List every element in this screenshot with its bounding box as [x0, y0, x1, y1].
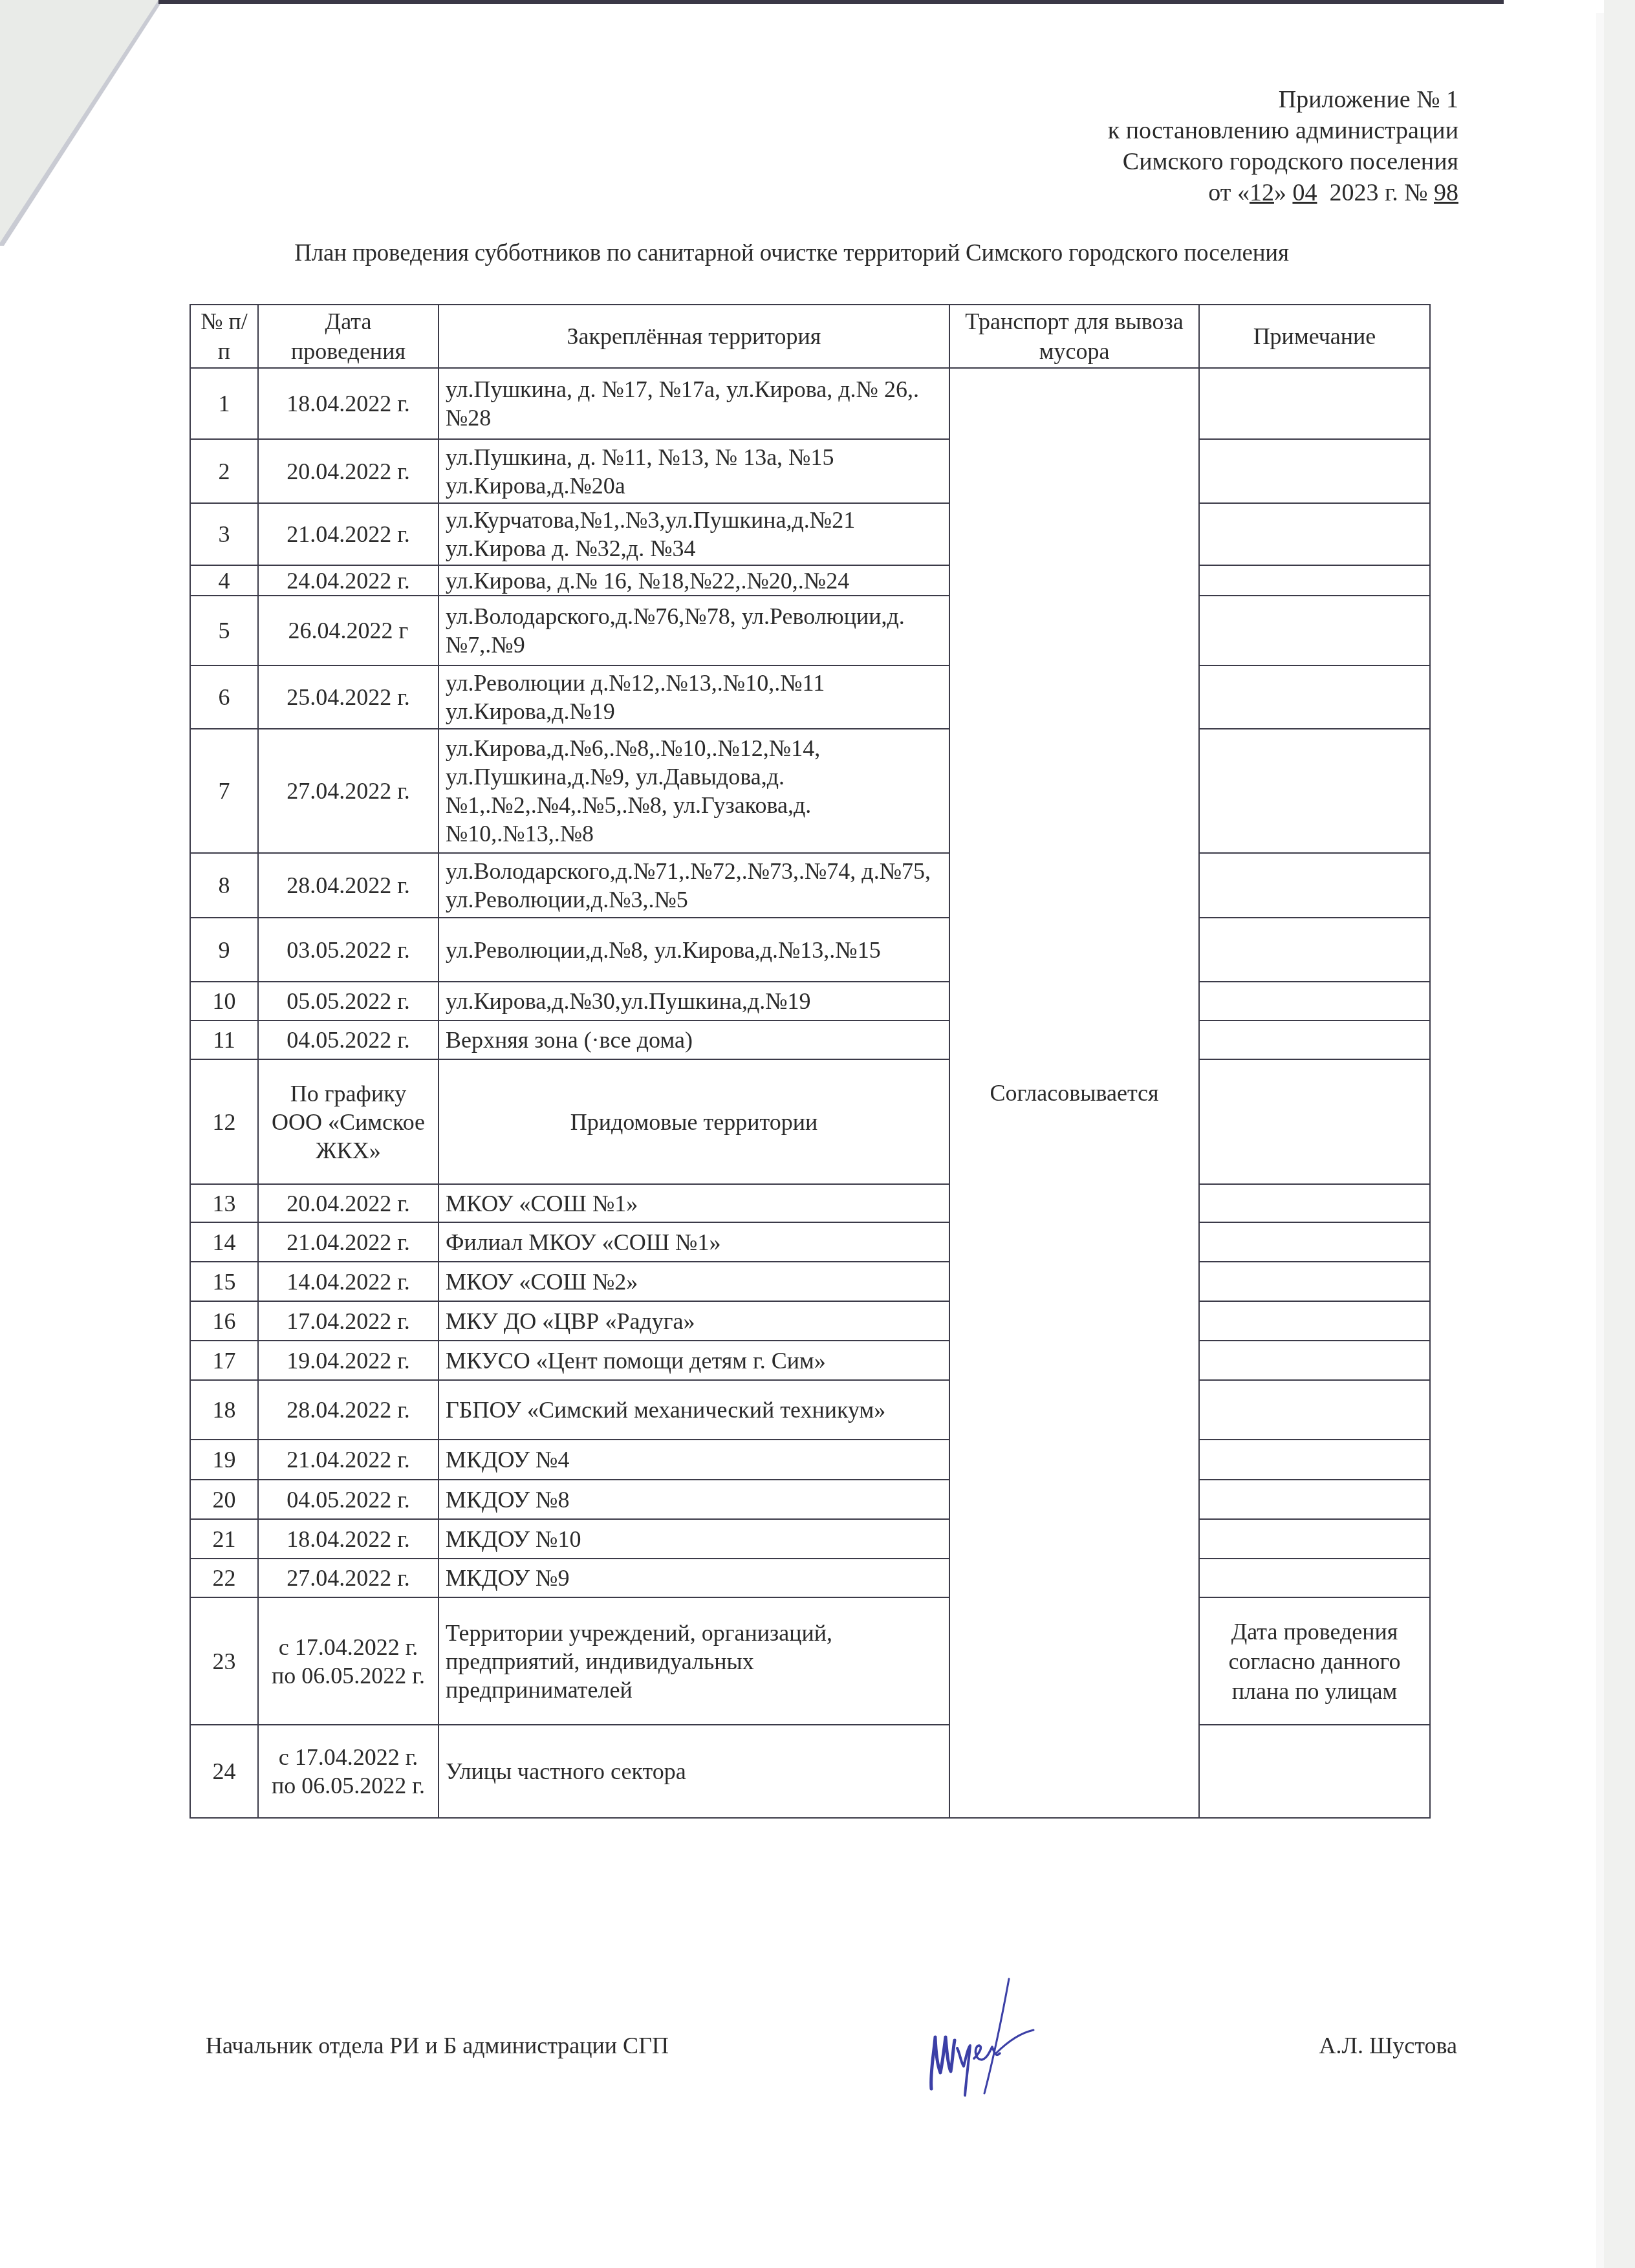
table-row: 220.04.2022 г.ул.Пушкина, д. №11, №13, №…	[190, 439, 1430, 503]
row-note	[1199, 729, 1430, 853]
table-row: 625.04.2022 г.ул.Революции д.№12,.№13,.№…	[190, 665, 1430, 729]
date-prefix: от «	[1208, 179, 1250, 206]
row-note	[1199, 1184, 1430, 1222]
row-note	[1199, 853, 1430, 918]
row-date: 21.04.2022 г.	[258, 1440, 439, 1480]
header-date: Дата проведения	[258, 305, 439, 368]
row-territory: ул.Кирова, д.№ 16, №18,№22,.№20,.№24	[439, 565, 949, 596]
row-territory: МКУСО «Цент помощи детям г. Сим»	[439, 1341, 949, 1380]
row-date: 26.04.2022 г	[258, 596, 439, 665]
row-number: 14	[190, 1222, 258, 1262]
signatory-name: А.Л. Шустова	[1319, 2032, 1457, 2059]
row-note	[1199, 1480, 1430, 1519]
row-number: 22	[190, 1559, 258, 1597]
scan-right-margin	[1604, 0, 1635, 2268]
row-number: 19	[190, 1440, 258, 1480]
table-body: 118.04.2022 г.ул.Пушкина, д. №17, №17а, …	[190, 368, 1430, 1818]
table-row: 23с 17.04.2022 г. по 06.05.2022 г.Террит…	[190, 1597, 1430, 1725]
table-row: 1921.04.2022 г.МКДОУ №4	[190, 1440, 1430, 1480]
row-note	[1199, 503, 1430, 565]
row-territory: Верхняя зона (·все дома)	[439, 1021, 949, 1059]
row-number: 2	[190, 439, 258, 503]
table-header-row: № п/п Дата проведения Закреплённая терри…	[190, 305, 1430, 368]
row-number: 3	[190, 503, 258, 565]
header-transport: Транспорт для вывоза мусора	[949, 305, 1199, 368]
row-number: 13	[190, 1184, 258, 1222]
row-date: 24.04.2022 г.	[258, 565, 439, 596]
row-territory: МКДОУ №10	[439, 1519, 949, 1559]
row-number: 11	[190, 1021, 258, 1059]
row-note	[1199, 439, 1430, 503]
row-date: 18.04.2022 г.	[258, 1519, 439, 1559]
annex-line-3: Симского городского поселения	[1108, 146, 1458, 177]
annex-day: 12	[1250, 179, 1274, 206]
row-date: 28.04.2022 г.	[258, 1380, 439, 1440]
row-territory: МКДОУ №8	[439, 1480, 949, 1519]
annex-year: 2023 г. №	[1317, 179, 1434, 206]
row-territory: ул.Курчатова,№1,.№3,ул.Пушкина,д.№21 ул.…	[439, 503, 949, 565]
table-row: 24с 17.04.2022 г. по 06.05.2022 г.Улицы …	[190, 1725, 1430, 1818]
row-territory: ул.Революции,д.№8, ул.Кирова,д.№13,.№15	[439, 918, 949, 982]
row-number: 18	[190, 1380, 258, 1440]
row-territory: ул.Кирова,д.№30,ул.Пушкина,д.№19	[439, 982, 949, 1021]
table-row: 1719.04.2022 г.МКУСО «Цент помощи детям …	[190, 1341, 1430, 1380]
row-date: 14.04.2022 г.	[258, 1262, 439, 1301]
row-number: 6	[190, 665, 258, 729]
cleanup-plan-table: № п/п Дата проведения Закреплённая терри…	[189, 304, 1431, 1819]
annex-header: Приложение № 1 к постановлению администр…	[1108, 84, 1458, 208]
row-territory: ул.Пушкина, д. №17, №17а, ул.Кирова, д.№…	[439, 368, 949, 439]
row-date: 18.04.2022 г.	[258, 368, 439, 439]
row-number: 20	[190, 1480, 258, 1519]
table-row: 903.05.2022 г.ул.Революции,д.№8, ул.Киро…	[190, 918, 1430, 982]
row-number: 8	[190, 853, 258, 918]
row-date: 03.05.2022 г.	[258, 918, 439, 982]
row-number: 9	[190, 918, 258, 982]
transport-cell: Согласовывается	[949, 368, 1199, 1818]
annex-month: 04	[1292, 179, 1317, 206]
row-territory: ул.Володарского,д.№71,.№72,.№73,.№74, д.…	[439, 853, 949, 918]
header-num: № п/п	[190, 305, 258, 368]
row-number: 1	[190, 368, 258, 439]
date-mid: »	[1274, 179, 1293, 206]
row-date: 17.04.2022 г.	[258, 1301, 439, 1341]
row-territory: ул.Пушкина, д. №11, №13, № 13а, №15 ул.К…	[439, 439, 949, 503]
row-note	[1199, 1559, 1430, 1597]
row-territory: Территории учреждений, организаций, пред…	[439, 1597, 949, 1725]
row-number: 5	[190, 596, 258, 665]
row-territory: МКОУ «СОШ №2»	[439, 1262, 949, 1301]
row-note	[1199, 1519, 1430, 1559]
row-note	[1199, 565, 1430, 596]
row-territory: МКУ ДО «ЦВР «Радуга»	[439, 1301, 949, 1341]
table-row: 727.04.2022 г.ул.Кирова,д.№6,.№8,.№10,.№…	[190, 729, 1430, 853]
document-title: План проведения субботников по санитарно…	[0, 239, 1635, 267]
row-date: с 17.04.2022 г. по 06.05.2022 г.	[258, 1597, 439, 1725]
signatory-position: Начальник отдела РИ и Б администрации СГ…	[206, 2032, 669, 2059]
table-row: 526.04.2022 гул.Володарского,д.№76,№78, …	[190, 596, 1430, 665]
row-date: 21.04.2022 г.	[258, 503, 439, 565]
row-number: 4	[190, 565, 258, 596]
row-note: Дата проведения согласно данного плана п…	[1199, 1597, 1430, 1725]
row-territory: ул.Кирова,д.№6,.№8,.№10,.№12,№14, ул.Пуш…	[439, 729, 949, 853]
table-row: 424.04.2022 г.ул.Кирова, д.№ 16, №18,№22…	[190, 565, 1430, 596]
row-territory: ГБПОУ «Симский механический техникум»	[439, 1380, 949, 1440]
row-number: 16	[190, 1301, 258, 1341]
row-territory: МКДОУ №9	[439, 1559, 949, 1597]
row-number: 7	[190, 729, 258, 853]
header-note: Примечание	[1199, 305, 1430, 368]
row-territory: МКДОУ №4	[439, 1440, 949, 1480]
row-note	[1199, 368, 1430, 439]
row-date: 20.04.2022 г.	[258, 1184, 439, 1222]
row-territory: ул.Володарского,д.№76,№78, ул.Революции,…	[439, 596, 949, 665]
row-number: 15	[190, 1262, 258, 1301]
table-row: 1421.04.2022 г.Филиал МКОУ «СОШ №1»	[190, 1222, 1430, 1262]
table-row: 321.04.2022 г.ул.Курчатова,№1,.№3,ул.Пуш…	[190, 503, 1430, 565]
row-number: 23	[190, 1597, 258, 1725]
row-date: 27.04.2022 г.	[258, 729, 439, 853]
table-row: 2004.05.2022 г.МКДОУ №8	[190, 1480, 1430, 1519]
row-date: 28.04.2022 г.	[258, 853, 439, 918]
row-date: с 17.04.2022 г. по 06.05.2022 г.	[258, 1725, 439, 1818]
annex-date-line: от «12» 04 2023 г. № 98	[1108, 177, 1458, 208]
row-territory: МКОУ «СОШ №1»	[439, 1184, 949, 1222]
row-note	[1199, 1301, 1430, 1341]
table-row: 2227.04.2022 г.МКДОУ №9	[190, 1559, 1430, 1597]
table-row: 828.04.2022 г.ул.Володарского,д.№71,.№72…	[190, 853, 1430, 918]
row-date: 27.04.2022 г.	[258, 1559, 439, 1597]
row-note	[1199, 918, 1430, 982]
row-number: 10	[190, 982, 258, 1021]
row-date: 04.05.2022 г.	[258, 1021, 439, 1059]
table-row: 1005.05.2022 г.ул.Кирова,д.№30,ул.Пушкин…	[190, 982, 1430, 1021]
table-row: 1104.05.2022 г.Верхняя зона (·все дома)	[190, 1021, 1430, 1059]
row-note	[1199, 1725, 1430, 1818]
table-row: 1617.04.2022 г.МКУ ДО «ЦВР «Радуга»	[190, 1301, 1430, 1341]
annex-line-1: Приложение № 1	[1108, 84, 1458, 115]
row-note	[1199, 665, 1430, 729]
row-date: По графику ООО «Симское ЖКХ»	[258, 1059, 439, 1184]
row-number: 17	[190, 1341, 258, 1380]
row-note	[1199, 982, 1430, 1021]
table-row: 12По графику ООО «Симское ЖКХ»Придомовые…	[190, 1059, 1430, 1184]
table-row: 118.04.2022 г.ул.Пушкина, д. №17, №17а, …	[190, 368, 1430, 439]
table-row: 2118.04.2022 г.МКДОУ №10	[190, 1519, 1430, 1559]
row-date: 05.05.2022 г.	[258, 982, 439, 1021]
document-title-text: План проведения субботников по санитарно…	[294, 240, 1288, 266]
row-number: 24	[190, 1725, 258, 1818]
scan-top-edge	[158, 0, 1504, 4]
row-note	[1199, 1059, 1430, 1184]
annex-line-2: к постановлению администрации	[1108, 115, 1458, 146]
row-territory: Филиал МКОУ «СОШ №1»	[439, 1222, 949, 1262]
row-number: 21	[190, 1519, 258, 1559]
row-note	[1199, 1440, 1430, 1480]
row-number: 12	[190, 1059, 258, 1184]
row-note	[1199, 1262, 1430, 1301]
row-territory: Придомовые территории	[439, 1059, 949, 1184]
annex-number: 98	[1434, 179, 1458, 206]
table-row: 1828.04.2022 г.ГБПОУ «Симский механическ…	[190, 1380, 1430, 1440]
row-date: 19.04.2022 г.	[258, 1341, 439, 1380]
row-date: 21.04.2022 г.	[258, 1222, 439, 1262]
row-note	[1199, 1341, 1430, 1380]
scan-right-edge	[1596, 13, 1604, 2268]
table-row: 1514.04.2022 г.МКОУ «СОШ №2»	[190, 1262, 1430, 1301]
row-territory: Улицы частного сектора	[439, 1725, 949, 1818]
table-row: 1320.04.2022 г.МКОУ «СОШ №1»	[190, 1184, 1430, 1222]
row-date: 04.05.2022 г.	[258, 1480, 439, 1519]
row-date: 20.04.2022 г.	[258, 439, 439, 503]
row-date: 25.04.2022 г.	[258, 665, 439, 729]
row-note	[1199, 596, 1430, 665]
row-note	[1199, 1021, 1430, 1059]
row-note	[1199, 1380, 1430, 1440]
header-territory: Закреплённая территория	[439, 305, 949, 368]
row-note	[1199, 1222, 1430, 1262]
row-territory: ул.Революции д.№12,.№13,.№10,.№11 ул.Кир…	[439, 665, 949, 729]
signature-icon	[912, 1976, 1119, 2099]
